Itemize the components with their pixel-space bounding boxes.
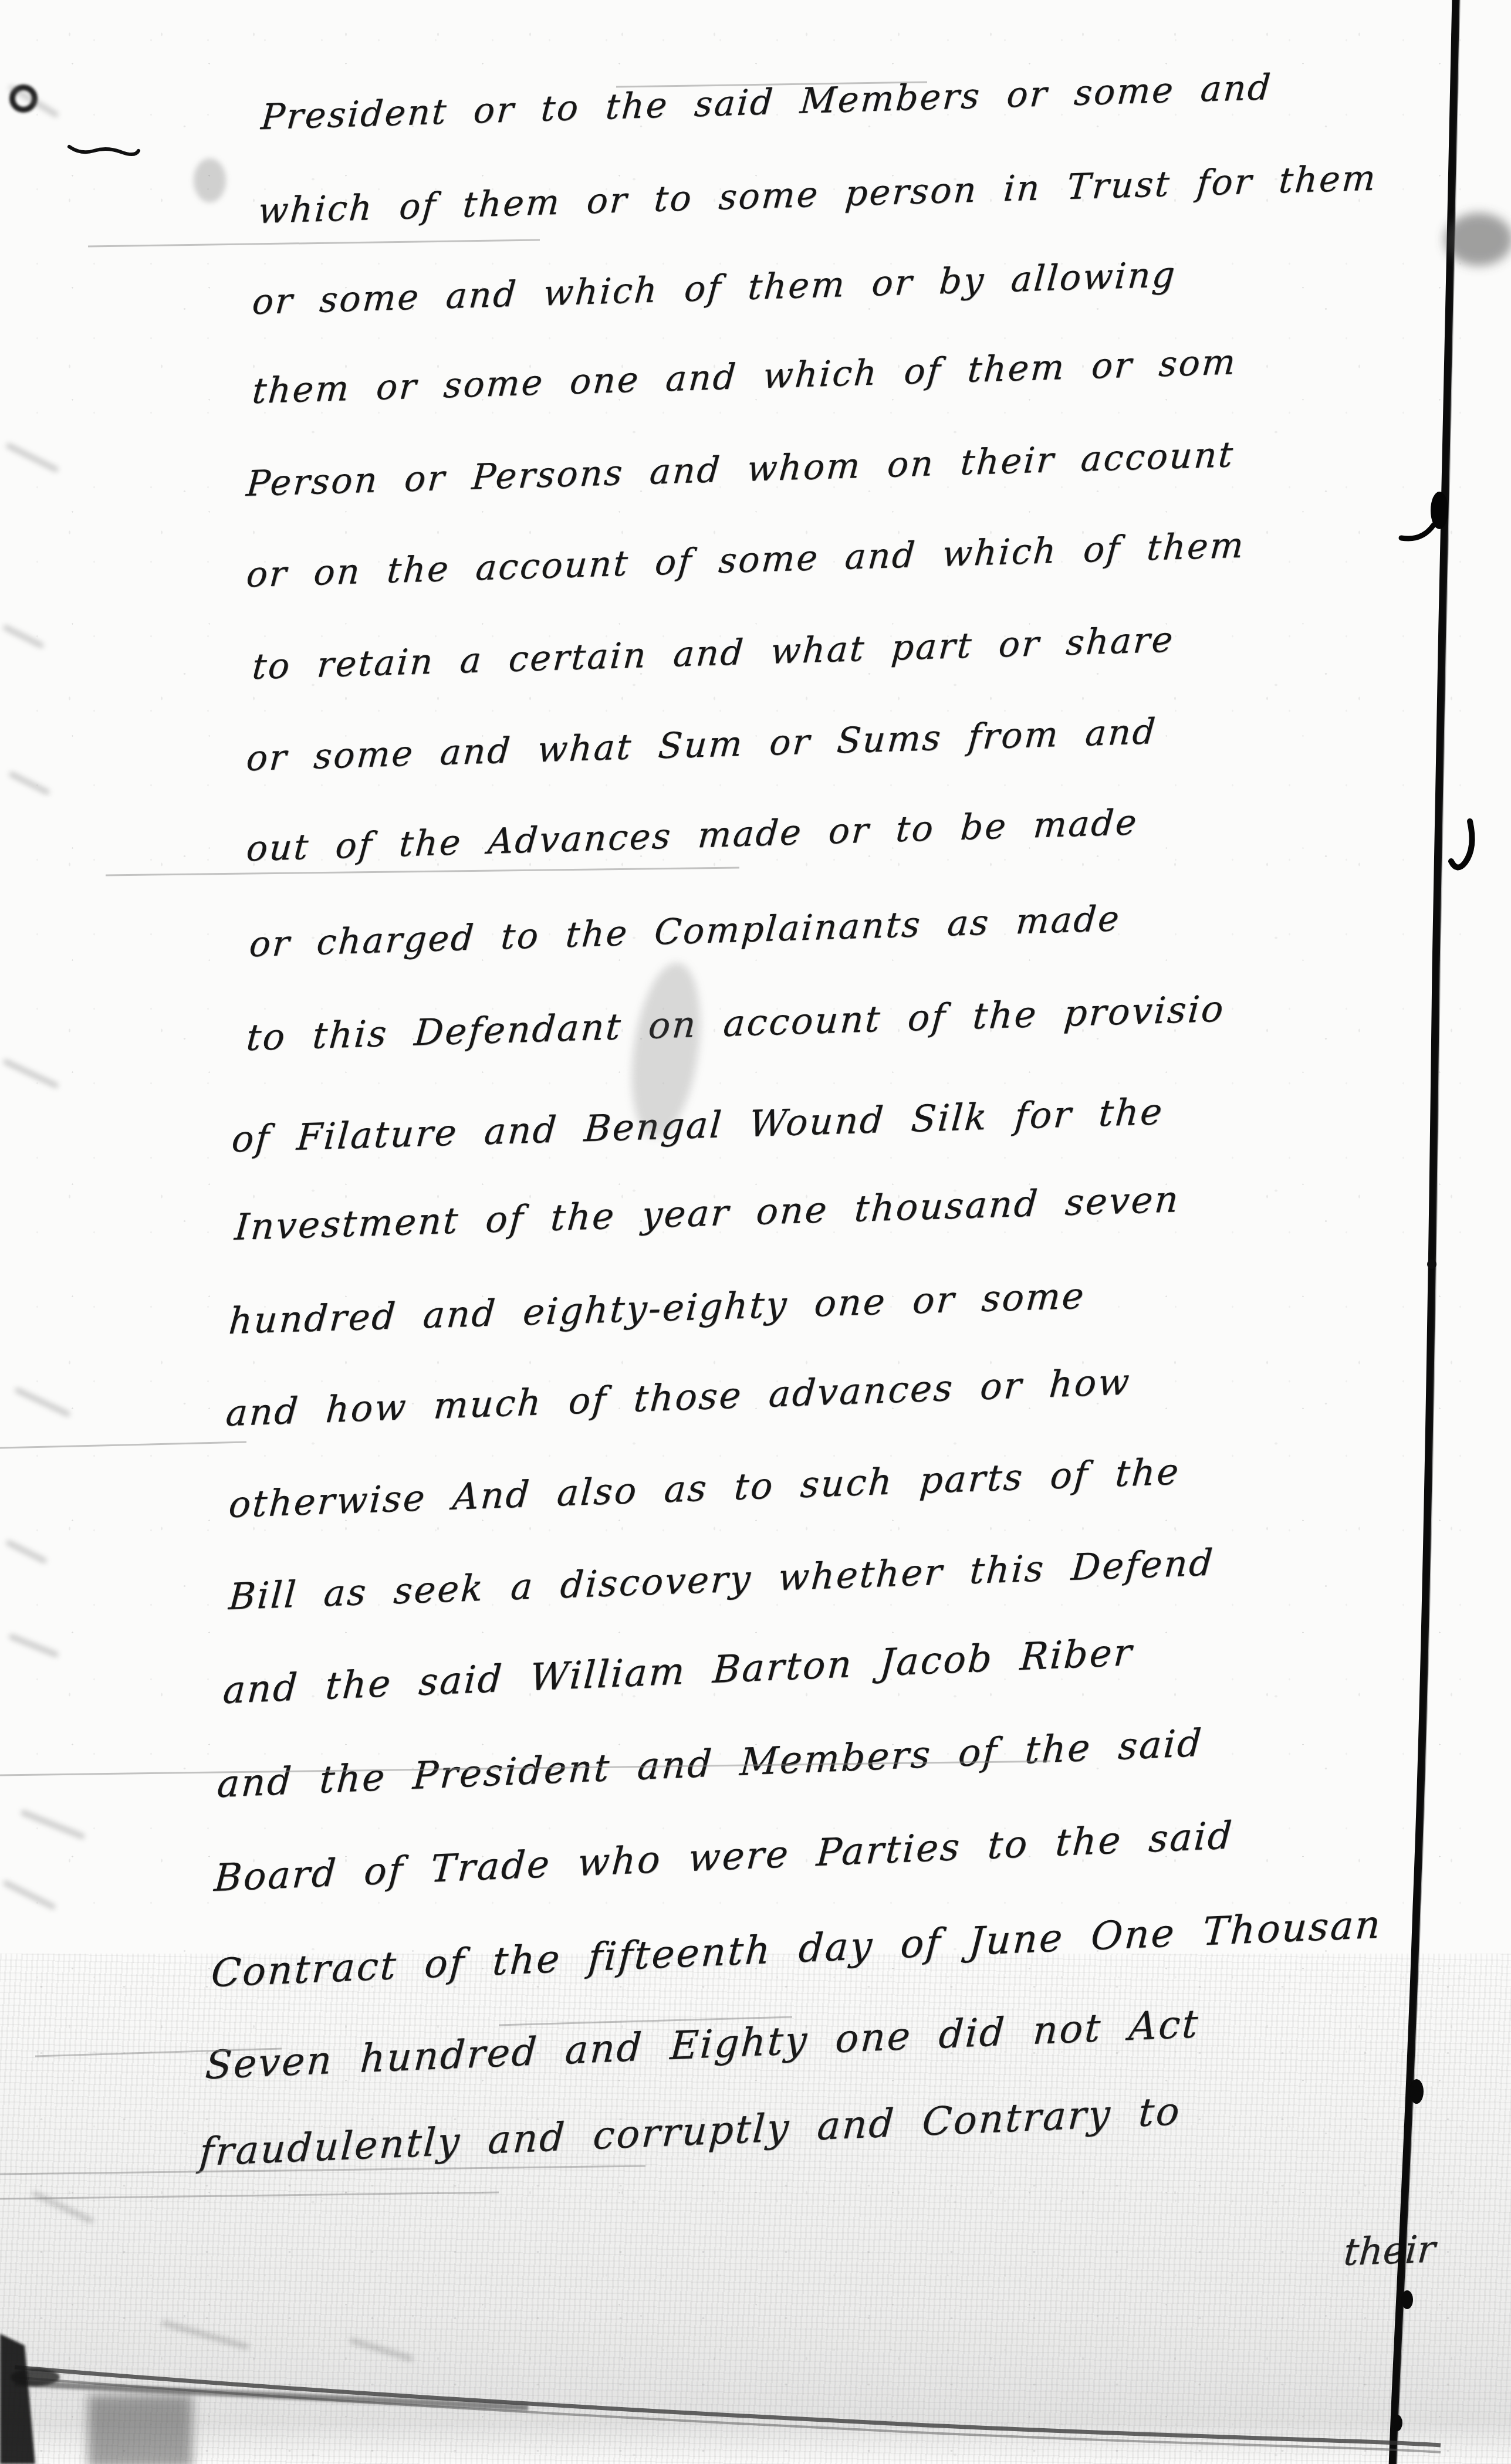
manuscript-line: Person or Persons and whom on their acco… [245,434,1236,505]
manuscript-line: Investment of the year one thousand seve… [233,1177,1181,1248]
manuscript-line: to retain a certain and what part or sha… [251,619,1175,688]
ink-blot [1409,2079,1424,2104]
manuscript-line: out of the Advances made or to be made [245,802,1140,869]
manuscript-line: Contract of the fifteenth day of June On… [210,1901,1384,1996]
manuscript-line: Bill as seek a discovery whether this De… [227,1541,1215,1618]
manuscript-line: hundred and eighty-eighty one or some [227,1274,1087,1343]
squiggle-mark [69,147,138,154]
shadow-blob [88,2395,192,2464]
manuscript-page: President or to the said Members or some… [0,0,1511,2464]
ink-blot [1392,2415,1402,2431]
manuscript-line: of Filature and Bengal Wound Silk for th… [230,1090,1165,1160]
ink-hook [1451,821,1472,868]
ink-blot [1427,1260,1436,1269]
manuscript-line: them or some one and which of them or so… [251,341,1238,412]
corner-shadow [0,2334,35,2464]
manuscript-line: or on the account of some and which of t… [245,524,1246,595]
manuscript-line: Board of Trade who were Parties to the s… [213,1814,1235,1900]
ink-blot [1401,2290,1413,2309]
manuscript-line: or charged to the Complainants as made [248,898,1122,965]
binding-rule-ghost [1396,0,1459,2464]
ring-mark [12,87,35,110]
binding-rule-line [1392,0,1456,2464]
crease-shadow [11,2367,1441,2452]
manuscript-line: and the said William Barton Jacob Riber [222,1631,1135,1712]
catchword: their [1342,2228,1436,2275]
ink-blot [1431,492,1448,529]
manuscript-line: and the President and Members of the sai… [216,1721,1205,1806]
manuscript-line: fraudulently and corruptly and Contrary … [198,2089,1182,2175]
manuscript-line: Seven hundred and Eighty one did not Act [204,2001,1201,2088]
manuscript-line: which of them or to some person in Trust… [256,157,1378,232]
manuscript-line: and how much of those advances or how [224,1360,1132,1434]
manuscript-line: to this Defendant on account of the prov… [245,987,1226,1059]
manuscript-line: otherwise And also as to such parts of t… [227,1450,1181,1526]
ink-blot-tail [1401,525,1434,539]
ink-blot [1445,213,1511,266]
manuscript-line: or some and which of them or by allowing [251,254,1178,323]
manuscript-line: or some and what Sum or Sums from and [245,711,1158,779]
manuscript-line: President or to the said Members or some… [259,67,1273,138]
ink-smudge [194,158,226,202]
